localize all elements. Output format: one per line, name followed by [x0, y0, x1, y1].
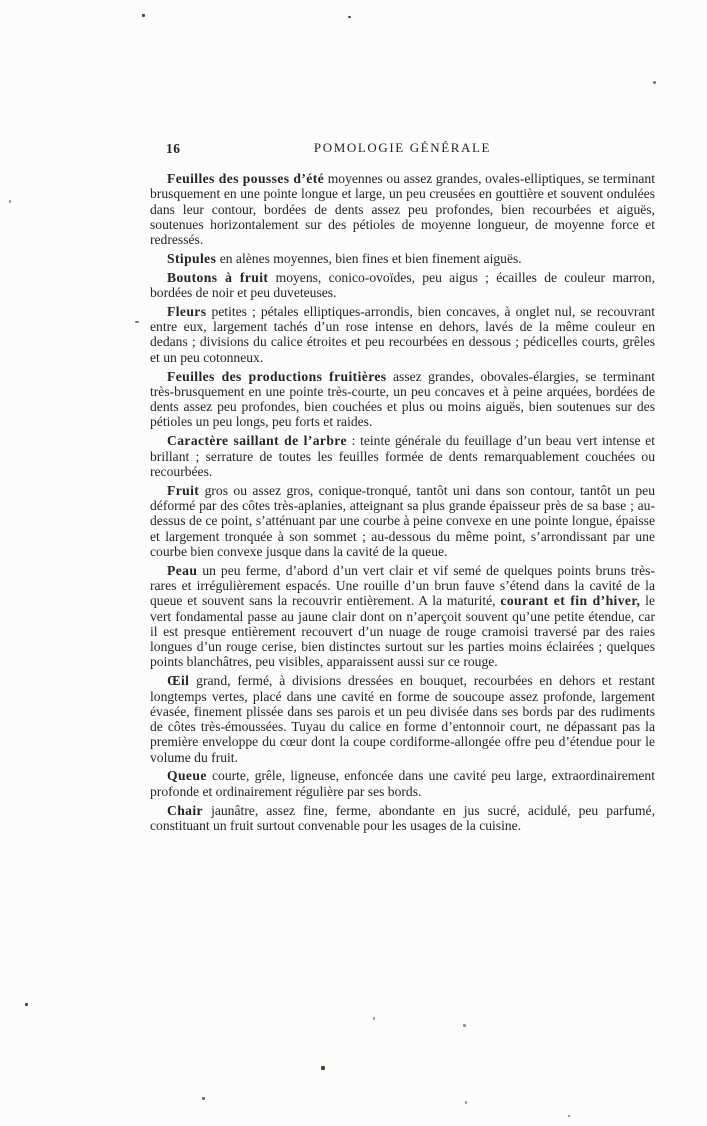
scan-speck: [135, 321, 139, 323]
bold-run-in-heading: Peau: [167, 563, 197, 578]
bold-run-in-heading: Œil: [167, 673, 189, 688]
bold-run-in-heading: courant et fin d’hiver,: [500, 593, 640, 608]
bold-run-in-heading: Fleurs: [167, 304, 206, 319]
scan-speck: [142, 14, 145, 17]
text-body: Feuilles des pousses d’été moyennes ou a…: [150, 171, 655, 837]
scan-speck: [25, 1003, 28, 1006]
bold-run-in-heading: Queue: [167, 768, 207, 783]
paragraph-peau: Peau un peu ferme, d’abord d’un vert cla…: [150, 563, 655, 670]
bold-run-in-heading: Chair: [167, 803, 203, 818]
bold-run-in-heading: Feuilles des productions fruitières: [167, 369, 387, 384]
body-text: petites ; pétales elliptiques-arrondis, …: [150, 304, 655, 365]
scan-speck: [321, 1066, 325, 1070]
bold-run-in-heading: Caractère saillant de l’arbre: [167, 433, 347, 448]
bold-run-in-heading: Stipules: [167, 251, 216, 266]
body-text: jaunâtre, assez fine, ferme, abondante e…: [150, 803, 655, 833]
paragraph-caractere-saillant: Caractère saillant de l’arbre : teinte g…: [150, 433, 655, 479]
body-text: en alènes moyennes, bien fines et bien f…: [216, 251, 521, 266]
body-text: grand, fermé, à divisions dressées en bo…: [150, 673, 655, 764]
paragraph-feuilles-pousses-ete: Feuilles des pousses d’été moyennes ou a…: [150, 171, 655, 247]
paragraph-feuilles-productions-fruitieres: Feuilles des productions fruitières asse…: [150, 369, 655, 430]
scan-speck: [9, 200, 11, 203]
paragraph-queue: Queue courte, grêle, ligneuse, enfoncée …: [150, 768, 655, 799]
scan-speck: [373, 1017, 375, 1020]
scan-speck: [202, 1097, 205, 1100]
bold-run-in-heading: Fruit: [167, 483, 199, 498]
scan-speck: [465, 1101, 467, 1104]
paragraph-fruit: Fruit gros ou assez gros, conique-tronqu…: [150, 483, 655, 559]
paragraph-chair: Chair jaunâtre, assez fine, ferme, abond…: [150, 803, 655, 834]
page-number: 16: [166, 141, 181, 157]
running-title: POMOLOGIE GÉNÉRALE: [150, 140, 655, 156]
body-text: courte, grêle, ligneuse, enfoncée dans u…: [150, 768, 655, 798]
scan-speck: [463, 1024, 466, 1027]
paragraph-boutons-a-fruit: Boutons à fruit moyens, conico-ovoïdes, …: [150, 270, 655, 301]
scan-speck: [568, 1115, 570, 1117]
book-page: 16 POMOLOGIE GÉNÉRALE Feuilles des pouss…: [0, 0, 707, 1126]
bold-run-in-heading: Feuilles des pousses d’été: [167, 171, 324, 186]
scan-speck: [653, 81, 656, 84]
paragraph-stipules: Stipules en alènes moyennes, bien fines …: [150, 251, 655, 266]
body-text: gros ou assez gros, conique-tronqué, tan…: [150, 483, 655, 559]
paragraph-oeil: Œil grand, fermé, à divisions dressées e…: [150, 673, 655, 765]
scan-speck: [348, 16, 351, 18]
running-head: 16 POMOLOGIE GÉNÉRALE: [150, 140, 655, 158]
bold-run-in-heading: Boutons à fruit: [167, 270, 268, 285]
paragraph-fleurs: Fleurs petites ; pétales elliptiques-arr…: [150, 304, 655, 365]
